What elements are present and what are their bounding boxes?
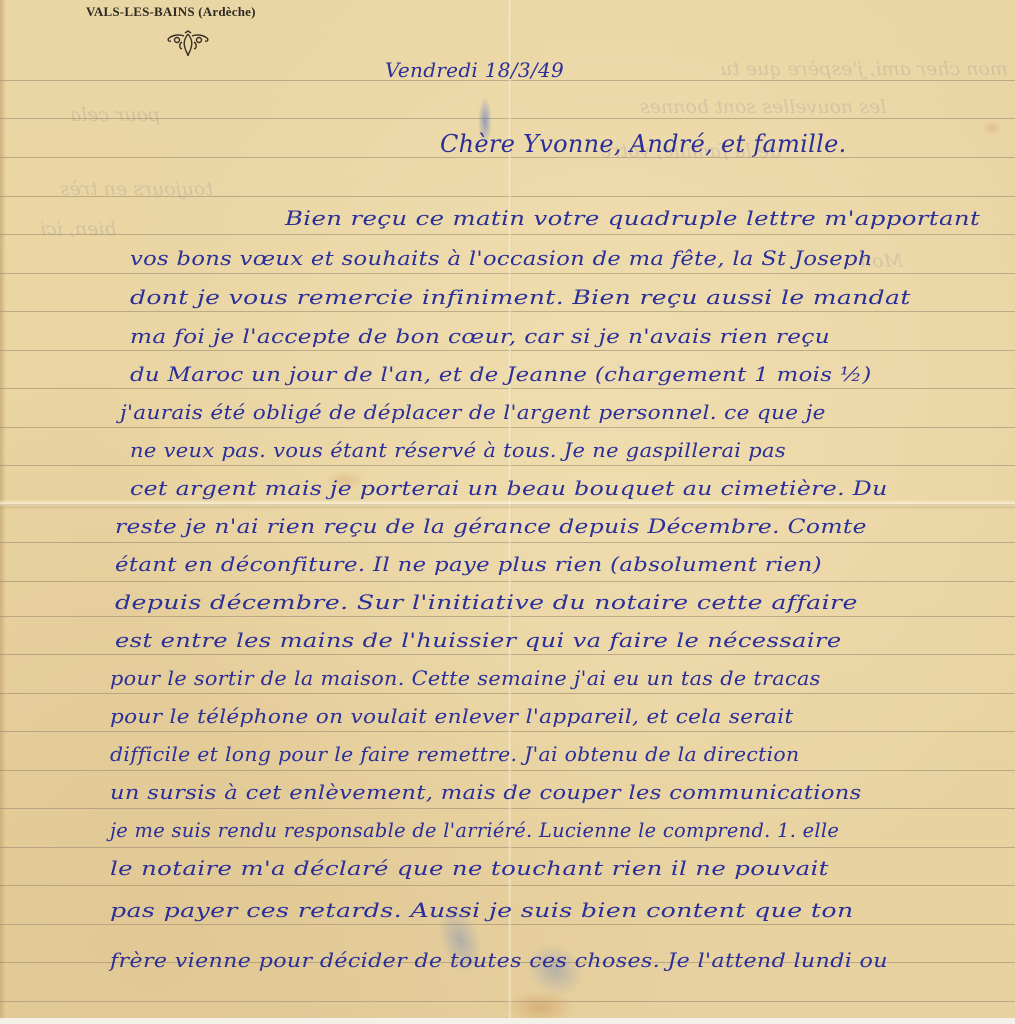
letterhead: VALS-LES-BAINS (Ardèche)	[86, 4, 256, 20]
letterhead-department: (Ardèche)	[198, 4, 255, 19]
letter-line: ma foi je l'accepte de bon cœur, car si …	[130, 324, 830, 348]
letter-line: ne veux pas. vous étant réservé à tous. …	[130, 438, 786, 462]
letter-line: vos bons vœux et souhaits à l'occasion d…	[130, 246, 873, 270]
scan-border	[0, 1018, 1015, 1024]
letter-line: le notaire m'a déclaré que ne touchant r…	[110, 856, 829, 880]
letter-salutation: Chère Yvonne, André, et famille.	[440, 130, 847, 158]
letter-line: pour le téléphone on voulait enlever l'a…	[110, 704, 794, 728]
letter-line: un sursis à cet enlèvement, mais de coup…	[110, 780, 862, 804]
letter-line: étant en déconfiture. Il ne paye plus ri…	[115, 552, 822, 576]
fleuron-ornament-icon	[163, 30, 213, 58]
letter-line: dont je vous remercie infiniment. Bien r…	[130, 285, 911, 309]
horizontal-fold-crease	[0, 500, 1015, 510]
letter-line: Bien reçu ce matin votre quadruple lettr…	[285, 206, 980, 230]
letter-line: depuis décembre. Sur l'initiative du not…	[115, 590, 858, 614]
letter-line: est entre les mains de l'huissier qui va…	[115, 628, 842, 652]
letter-line: j'aurais été obligé de déplacer de l'arg…	[120, 400, 826, 424]
letter-line: du Maroc un jour de l'an, et de Jeanne (…	[130, 362, 872, 386]
letter-line: reste je n'ai rien reçu de la gérance de…	[115, 514, 867, 538]
letter-line: pour le sortir de la maison. Cette semai…	[110, 666, 821, 690]
letter-line: difficile et long pour le faire remettre…	[110, 742, 799, 766]
letter-line: cet argent mais je porterai un beau bouq…	[130, 476, 888, 500]
letter-line: pas payer ces retards. Aussi je suis bie…	[110, 898, 854, 922]
letter-date: Vendredi 18/3/49	[385, 58, 564, 82]
letter-line: frère vienne pour décider de toutes ces …	[110, 948, 888, 972]
letter-line: je me suis rendu responsable de l'arriér…	[110, 818, 839, 842]
letterhead-place: VALS-LES-BAINS	[86, 4, 195, 19]
paper-stain	[980, 120, 1004, 136]
